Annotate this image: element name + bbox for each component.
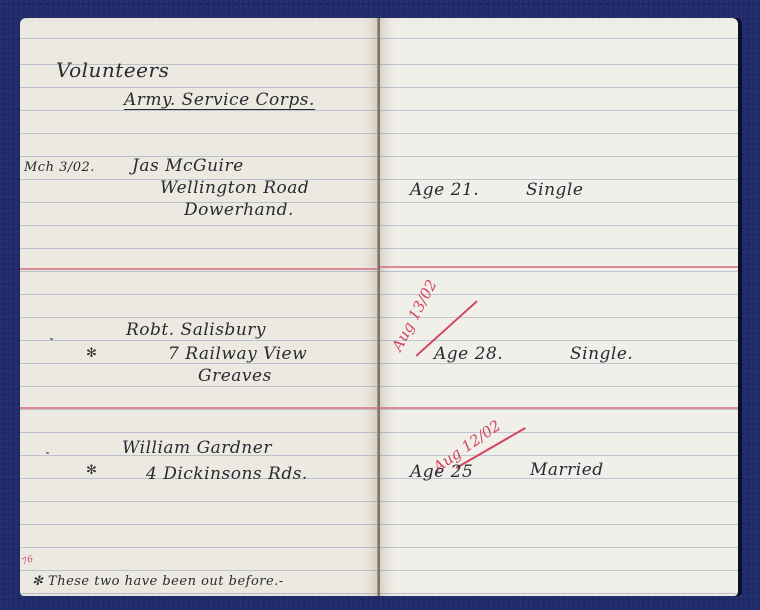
entry-name: Jas McGuire	[132, 156, 244, 176]
entry-age: Age 28.	[434, 344, 503, 364]
right-page: Age 21. Single Aug 13/02 Age 28. Single.…	[380, 18, 738, 596]
entry-age: Age 25	[410, 462, 473, 482]
heading-army-service-corps: Army. Service Corps.	[124, 90, 315, 110]
entry-status: Married	[530, 460, 604, 480]
red-divider-rule	[20, 407, 378, 409]
asterisk-mark: ✻	[86, 346, 97, 361]
asterisk-mark: ✻	[86, 463, 97, 478]
entry-name: William Gardner	[122, 438, 272, 458]
red-divider-rule	[20, 268, 378, 270]
red-divider-rule	[380, 407, 738, 409]
entry-date: Mch 3/02.	[24, 160, 95, 175]
left-page: Volunteers Army. Service Corps. Mch 3/02…	[20, 18, 378, 596]
entry-address-line2: Dowerhand.	[184, 200, 294, 220]
entry-address-line2: Greaves	[198, 366, 272, 386]
red-divider-rule	[380, 266, 738, 268]
entry-age: Age 21.	[410, 180, 479, 200]
pencil-dot	[50, 338, 53, 340]
red-corner-mark: 76	[21, 554, 35, 567]
entry-address-line1: 7 Railway View	[168, 344, 307, 364]
entry-status: Single	[526, 180, 583, 200]
entry-name: Robt. Salisbury	[126, 320, 266, 340]
entry-address-line1: 4 Dickinsons Rds.	[146, 464, 308, 484]
footnote: ✻ These two have been out before.-	[32, 574, 284, 589]
entry-address-line1: Wellington Road	[160, 178, 309, 198]
pencil-dot	[46, 452, 49, 454]
date-stamp: Aug 13/02	[388, 277, 441, 354]
entry-status: Single.	[570, 344, 633, 364]
heading-volunteers: Volunteers	[56, 58, 169, 82]
